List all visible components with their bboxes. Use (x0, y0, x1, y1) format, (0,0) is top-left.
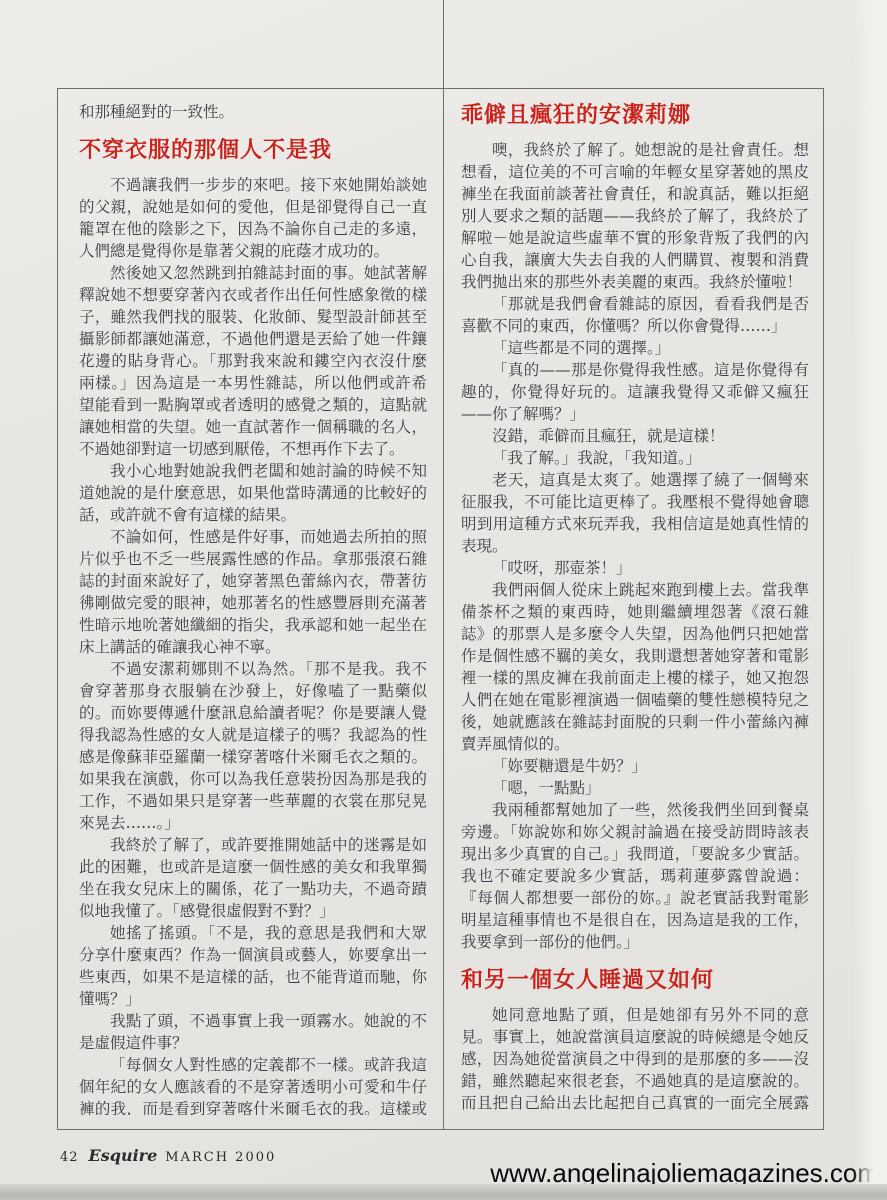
body-paragraph: 「每個女人對性感的定義都不一樣。或許我這個年紀的女人應該看的不是穿著透明小可愛和… (79, 1054, 427, 1115)
magazine-scan-page: 和那種絕對的一致性。不穿衣服的那個人不是我不過讓我們一步步的來吧。接下來她開始談… (0, 0, 887, 1200)
body-paragraph: 「妳要糖還是牛奶？」 (461, 755, 809, 777)
scan-bottom-edge (0, 1184, 887, 1200)
issue-date: MARCH 2000 (165, 1150, 276, 1165)
body-paragraph: 不過讓我們一步步的來吧。接下來她開始談她的父親，說她是如何的愛他，但是卻覺得自己… (79, 174, 427, 262)
body-paragraph: 「那就是我們會看雜誌的原因，看看我們是否喜歡不同的東西，你懂嗎？所以你會覺得……… (461, 293, 809, 337)
body-paragraph: 不過安潔莉娜則不以為然。「那不是我。我不會穿著那身衣服躺在沙發上，好像嗑了一點藥… (79, 658, 427, 834)
body-paragraph: 沒錯，乖僻而且瘋狂，就是這樣！ (461, 425, 809, 447)
esquire-logo: Esquire (89, 1146, 158, 1165)
body-paragraph: 我兩種都幫她加了一些，然後我們坐回到餐桌旁邊。「妳說妳和妳父親討論過在接受訪問時… (461, 799, 809, 953)
body-paragraph: 我終於了解了，或許要推開她話中的迷霧是如此的困難，也或許是這麼一個性感的美女和我… (79, 834, 427, 922)
section-heading: 不穿衣服的那個人不是我 (79, 138, 427, 164)
body-paragraph: 她搖了搖頭。「不是，我的意思是我們和大眾分享什麼東西？作為一個演員或藝人，妳要拿… (79, 922, 427, 1010)
body-paragraph: 我們兩個人從床上跳起來跑到樓上去。當我準備茶杯之類的東西時，她則繼續埋怨著《滾石… (461, 579, 809, 755)
body-paragraph: 不論如何，性感是件好事，而她過去所拍的照片似乎也不乏一些展露性感的作品。拿那張滾… (79, 526, 427, 658)
body-paragraph: 我小心地對她說我們老闆和她討論的時候不知道她說的是什麼意思，如果他當時溝通的比較… (79, 460, 427, 526)
body-paragraph: 她同意地點了頭，但是她卻有另外不同的意見。事實上，她說當演員這麼說的時候總是令她… (461, 1004, 809, 1115)
article-right-column: 乖僻且瘋狂的安潔莉娜噢，我終於了解了。她想說的是社會責任。想想看，這位美的不可言… (461, 101, 809, 1115)
body-paragraph: 「真的——那是你覺得我性感。這是你覺得有趣的，你覺得好玩的。這讓我覺得又乖僻又瘋… (461, 359, 809, 425)
body-paragraph: 我點了頭，不過事實上我一頭霧水。她說的不是虛假這件事？ (79, 1010, 427, 1054)
page-number: 42 (60, 1150, 79, 1165)
body-paragraph: 老天，這真是太爽了。她選擇了繞了一個彎來征服我，不可能比這更棒了。我壓根不覺得她… (461, 469, 809, 557)
page-footer: 42EsquireMARCH 2000 (60, 1146, 276, 1165)
page-gutter-line (443, 0, 444, 1130)
body-paragraph: 「哎呀，那壺茶！」 (461, 557, 809, 579)
scan-right-edge (853, 0, 887, 1200)
body-paragraph: 「我了解。」我說，「我知道。」 (461, 447, 809, 469)
body-paragraph: 然後她又忽然跳到拍雜誌封面的事。她試著解釋說她不想要穿著內衣或者作出任何性感象徵… (79, 262, 427, 460)
body-paragraph: 「嗯，一點點」 (461, 777, 809, 799)
article-left-column: 和那種絕對的一致性。不穿衣服的那個人不是我不過讓我們一步步的來吧。接下來她開始談… (79, 101, 427, 1115)
section-heading: 和另一個女人睡過又如何 (461, 968, 809, 994)
body-paragraph: 噢，我終於了解了。她想說的是社會責任。想想看，這位美的不可言喻的年輕女星穿著她的… (461, 139, 809, 293)
body-paragraph: 和那種絕對的一致性。 (79, 101, 427, 123)
body-paragraph: 「這些都是不同的選擇。」 (461, 337, 809, 359)
section-heading: 乖僻且瘋狂的安潔莉娜 (461, 103, 809, 129)
